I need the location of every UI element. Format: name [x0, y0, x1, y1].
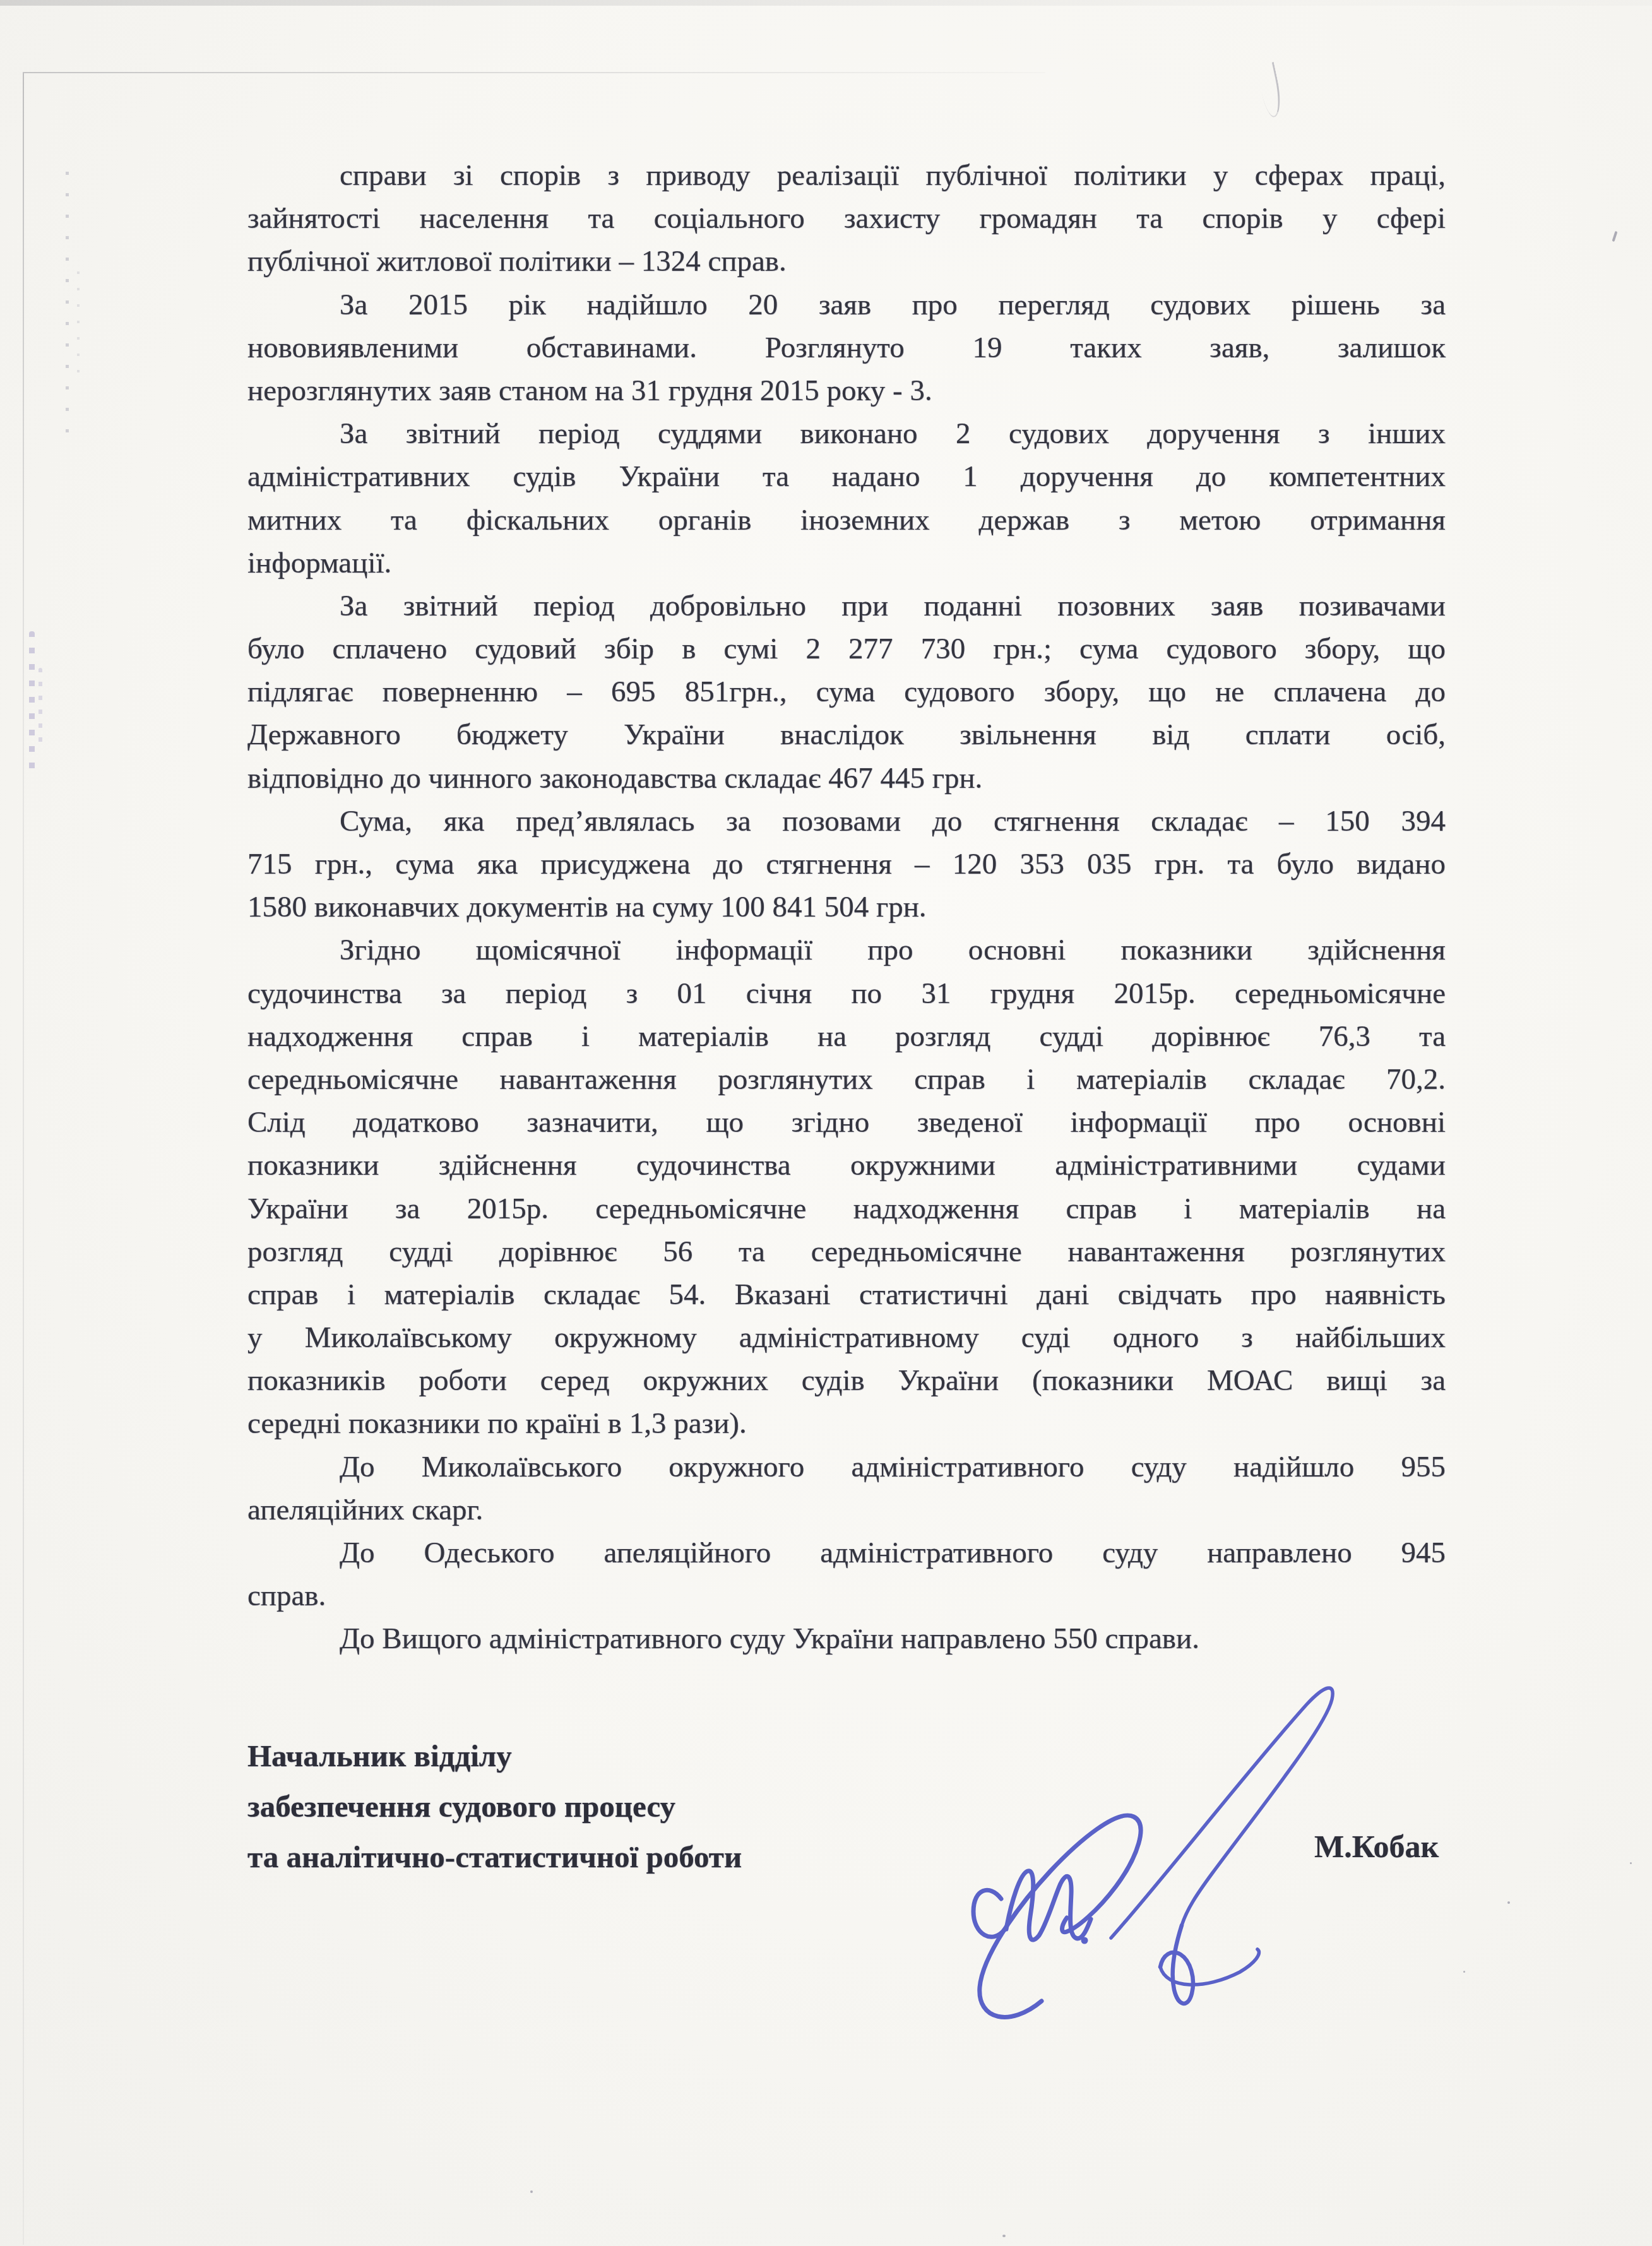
text-line: України за 2015р. середньомісячне надход…	[247, 1187, 1446, 1230]
text-line: За звітний період добровільно при поданн…	[247, 585, 1446, 627]
text-line: зайнятості населення та соціального захи…	[247, 197, 1446, 240]
text-line: відповідно до чинного законодавства скла…	[247, 757, 1446, 800]
text-line: публічної житлової політики – 1324 справ…	[247, 240, 1446, 283]
scan-artifact-speck	[1002, 2235, 1006, 2237]
text-line: До Одеського апеляційного адміністративн…	[247, 1531, 1446, 1574]
scan-artifact-smudge	[29, 631, 35, 778]
paper-left-edge	[23, 73, 24, 2245]
text-line: інформації.	[247, 542, 1446, 585]
text-line: Державного бюджету України внаслідок зві…	[247, 713, 1446, 756]
scan-artifact-pencil-mark	[1256, 62, 1285, 119]
text-line: За 2015 рік надійшло 20 заяв про перегля…	[247, 283, 1446, 326]
text-line: 715 грн., сума яка присуджена до стягнен…	[247, 843, 1446, 886]
paragraph: справи зі спорів з приводу реалізації пу…	[247, 154, 1446, 283]
signoff-block: Начальник відділу забезпечення судового …	[247, 1731, 742, 1882]
text-line: справ і матеріалів складає 54. Вказані с…	[247, 1273, 1446, 1316]
scanned-document-page: справи зі спорів з приводу реалізації пу…	[0, 0, 1652, 2246]
scan-artifact-speck	[1612, 231, 1617, 242]
scan-artifact-speck	[530, 2190, 533, 2193]
scan-artifact-streak	[77, 271, 80, 379]
paragraph: До Одеського апеляційного адміністративн…	[247, 1531, 1446, 1617]
paragraph: Сума, яка пред’являлась за позовами до с…	[247, 800, 1446, 929]
text-line: Сума, яка пред’являлась за позовами до с…	[247, 800, 1446, 843]
paragraph: До Миколаївського окружного адміністрати…	[247, 1446, 1446, 1531]
handwritten-signature-icon	[909, 1616, 1401, 2045]
text-line: розгляд судді дорівнює 56 та середньоміс…	[247, 1230, 1446, 1273]
paragraph: За 2015 рік надійшло 20 заяв про перегля…	[247, 283, 1446, 413]
signoff-title-line: Начальник відділу	[247, 1731, 742, 1781]
paragraph: За звітний період добровільно при поданн…	[247, 585, 1446, 800]
scanner-top-shadow	[0, 0, 1652, 6]
text-line: 1580 виконавчих документів на суму 100 8…	[247, 886, 1446, 929]
text-line: До Миколаївського окружного адміністрати…	[247, 1446, 1446, 1488]
paragraph: Згідно щомісячної інформації про основні…	[247, 929, 1446, 1445]
paragraph: За звітний період суддями виконано 2 суд…	[247, 412, 1446, 585]
document-body: справи зі спорів з приводу реалізації пу…	[247, 154, 1446, 1661]
text-line: Згідно щомісячної інформації про основні…	[247, 929, 1446, 971]
text-line: апеляційних скарг.	[247, 1488, 1446, 1531]
text-line: було сплачено судовий збір в сумі 2 277 …	[247, 627, 1446, 670]
paper-top-edge	[23, 72, 1045, 73]
text-line: нововиявленими обставинами. Розглянуто 1…	[247, 326, 1446, 369]
text-line: показники здійснення судочинства окружни…	[247, 1144, 1446, 1187]
scan-artifact-streak	[66, 172, 69, 449]
text-line: нерозглянутих заяв станом на 31 грудня 2…	[247, 369, 1446, 412]
scan-artifact-speck	[1630, 1862, 1632, 1864]
scan-artifact-smudge	[39, 668, 42, 747]
scan-artifact-speck	[1507, 1901, 1510, 1904]
text-line: справи зі спорів з приводу реалізації пу…	[247, 154, 1446, 197]
text-line: підлягає поверненню – 695 851грн., сума …	[247, 670, 1446, 713]
text-line: Слід додатково зазначити, що згідно звед…	[247, 1101, 1446, 1144]
text-line: митних та фіскальних органів іноземних д…	[247, 499, 1446, 542]
signoff-title-line: забезпечення судового процесу	[247, 1781, 742, 1832]
text-line: у Миколаївському окружному адміністратив…	[247, 1316, 1446, 1359]
text-line: надходження справ і матеріалів на розгля…	[247, 1015, 1446, 1058]
text-line: адміністративних судів України та надано…	[247, 455, 1446, 498]
text-line: судочинства за період з 01 січня по 31 г…	[247, 972, 1446, 1015]
text-line: За звітний період суддями виконано 2 суд…	[247, 412, 1446, 455]
text-line: показників роботи серед окружних судів У…	[247, 1359, 1446, 1402]
text-line: середні показники по країні в 1,3 рази).	[247, 1402, 1446, 1445]
text-line: справ.	[247, 1574, 1446, 1617]
signoff-title-line: та аналітично-статистичної роботи	[247, 1832, 742, 1882]
text-line: середньомісячне навантаження розглянутих…	[247, 1058, 1446, 1101]
scan-artifact-speck	[1463, 1971, 1465, 1973]
